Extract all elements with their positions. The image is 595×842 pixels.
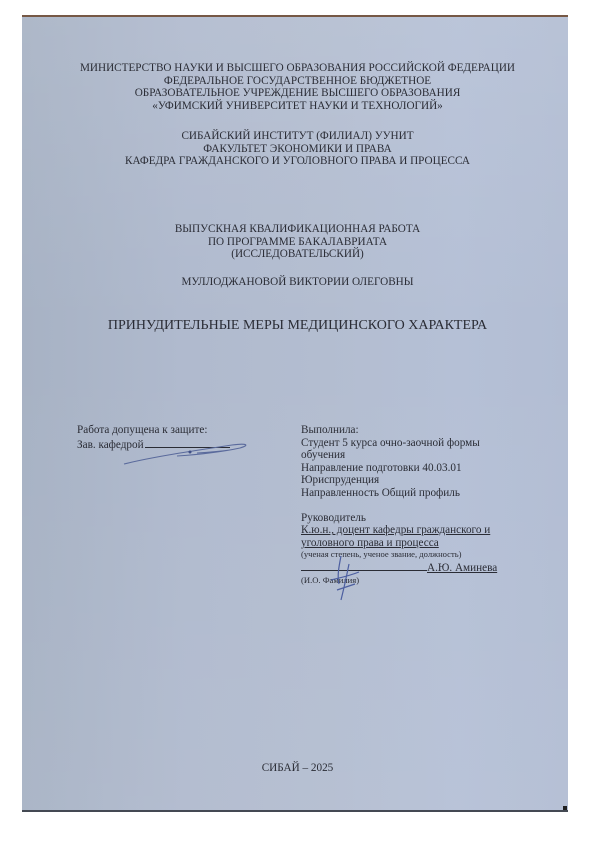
header-line: «УФИМСКИЙ УНИВЕРСИТЕТ НАУКИ И ТЕХНОЛОГИЙ… <box>0 100 595 113</box>
performer-line: Студент 5 курса очно-заочной формы <box>301 437 531 450</box>
performer-label: Выполнила: <box>301 424 531 437</box>
signature-icon <box>122 441 252 466</box>
institution-header: МИНИСТЕРСТВО НАУКИ И ВЫСШЕГО ОБРАЗОВАНИЯ… <box>0 62 595 112</box>
work-type: ВЫПУСКНАЯ КВАЛИФИКАЦИОННАЯ РАБОТА ПО ПРО… <box>0 223 595 261</box>
department-header: СИБАЙСКИЙ ИНСТИТУТ (ФИЛИАЛ) УУНИТ ФАКУЛЬ… <box>0 130 595 168</box>
header-line: ФЕДЕРАЛЬНОЕ ГОСУДАРСТВЕННОЕ БЮДЖЕТНОЕ <box>0 75 595 88</box>
work-type-line: ВЫПУСКНАЯ КВАЛИФИКАЦИОННАЯ РАБОТА <box>0 223 595 236</box>
performer-line: Направленность Общий профиль <box>301 487 531 500</box>
work-type-line: ПО ПРОГРАММЕ БАКАЛАВРИАТА <box>0 236 595 249</box>
admission-label: Работа допущена к защите: <box>77 424 230 437</box>
header-line: МИНИСТЕРСТВО НАУКИ И ВЫСШЕГО ОБРАЗОВАНИЯ… <box>0 62 595 75</box>
work-type-line: (ИССЛЕДОВАТЕЛЬСКИЙ) <box>0 248 595 261</box>
supervisor-name: А.Ю. Аминева <box>427 562 497 574</box>
performer-line: Юриспруденция <box>301 474 531 487</box>
city-year: СИБАЙ – 2025 <box>0 762 595 775</box>
thesis-title: ПРИНУДИТЕЛЬНЫЕ МЕРЫ МЕДИЦИНСКОГО ХАРАКТЕ… <box>0 318 595 334</box>
performer-line: обучения <box>301 449 531 462</box>
header-line: КАФЕДРА ГРАЖДАНСКОГО И УГОЛОВНОГО ПРАВА … <box>0 155 595 168</box>
author-name: МУЛЛОДЖАНОВОЙ ВИКТОРИИ ОЛЕГОВНЫ <box>0 276 595 289</box>
header-line: ОБРАЗОВАТЕЛЬНОЕ УЧРЕЖДЕНИЕ ВЫСШЕГО ОБРАЗ… <box>0 87 595 100</box>
header-line: СИБАЙСКИЙ ИНСТИТУТ (ФИЛИАЛ) УУНИТ <box>0 130 595 143</box>
signature-icon <box>327 554 367 602</box>
performer-line: Направление подготовки 40.03.01 <box>301 462 531 475</box>
supervisor-position: уголовного права и процесса <box>301 537 531 550</box>
page-corner-mark <box>563 806 567 810</box>
supervisor-label: Руководитель <box>301 512 531 525</box>
header-line: ФАКУЛЬТЕТ ЭКОНОМИКИ И ПРАВА <box>0 143 595 156</box>
supervisor-position: К.ю.н., доцент кафедры гражданского и <box>301 524 531 537</box>
